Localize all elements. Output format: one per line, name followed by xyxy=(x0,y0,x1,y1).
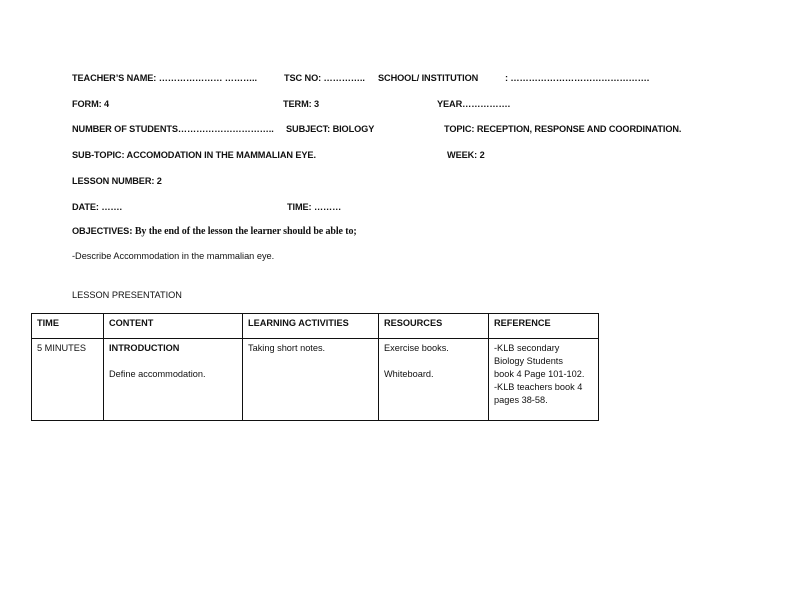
table-header-row: TIME CONTENT LEARNING ACTIVITIES RESOURC… xyxy=(32,314,599,339)
sub-topic-field: SUB-TOPIC: ACCOMODATION IN THE MAMMALIAN… xyxy=(72,150,316,160)
reference-line: Biology Students xyxy=(494,355,593,368)
lesson-number-field: LESSON NUMBER: 2 xyxy=(72,176,162,186)
year-field: YEAR……………. xyxy=(437,99,510,109)
cell-reference: -KLB secondary Biology Students book 4 P… xyxy=(489,339,599,421)
reference-line: book 4 Page 101-102. xyxy=(494,368,593,381)
school-label: SCHOOL/ INSTITUTION xyxy=(378,73,478,83)
reference-line: pages 38-58. xyxy=(494,394,593,407)
resource-item: Whiteboard. xyxy=(384,368,483,381)
table-row: 5 MINUTES INTRODUCTION Define accommodat… xyxy=(32,339,599,421)
objectives-line: OBJECTIVES: By the end of the lesson the… xyxy=(72,226,357,237)
lesson-presentation-title: LESSON PRESENTATION xyxy=(72,290,182,300)
term-field: TERM: 3 xyxy=(283,99,319,109)
column-header-time: TIME xyxy=(32,314,104,339)
number-of-students-field: NUMBER OF STUDENTS………………………….. xyxy=(72,124,274,134)
cell-learning-activities: Taking short notes. xyxy=(243,339,379,421)
spacer xyxy=(109,355,237,368)
content-body: Define accommodation. xyxy=(109,368,237,381)
reference-line: -KLB secondary xyxy=(494,342,593,355)
column-header-resources: RESOURCES xyxy=(379,314,489,339)
spacer xyxy=(384,355,483,368)
column-header-reference: REFERENCE xyxy=(489,314,599,339)
column-header-learning-activities: LEARNING ACTIVITIES xyxy=(243,314,379,339)
cell-resources: Exercise books. Whiteboard. xyxy=(379,339,489,421)
time-field: TIME: ……… xyxy=(287,202,341,212)
resource-item: Exercise books. xyxy=(384,342,483,355)
topic-field: TOPIC: RECEPTION, RESPONSE AND COORDINAT… xyxy=(444,124,681,134)
cell-time: 5 MINUTES xyxy=(32,339,104,421)
teacher-name-field: TEACHER’S NAME: ………………… ……….. xyxy=(72,73,257,83)
reference-line: -KLB teachers book 4 xyxy=(494,381,593,394)
content-heading: INTRODUCTION xyxy=(109,342,237,355)
column-header-content: CONTENT xyxy=(104,314,243,339)
subject-field: SUBJECT: BIOLOGY xyxy=(286,124,374,134)
tsc-number-field: TSC NO: ………….. xyxy=(284,73,365,83)
form-field: FORM: 4 xyxy=(72,99,109,109)
school-value: : ………………………………………. xyxy=(505,73,649,83)
week-field: WEEK: 2 xyxy=(447,150,485,160)
objective-item: -Describe Accommodation in the mammalian… xyxy=(72,251,274,261)
objectives-intro: : By the end of the lesson the learner s… xyxy=(129,226,356,237)
cell-content: INTRODUCTION Define accommodation. xyxy=(104,339,243,421)
lesson-presentation-table: TIME CONTENT LEARNING ACTIVITIES RESOURC… xyxy=(31,313,599,421)
objectives-label: OBJECTIVES xyxy=(72,226,129,236)
date-field: DATE: ……. xyxy=(72,202,122,212)
